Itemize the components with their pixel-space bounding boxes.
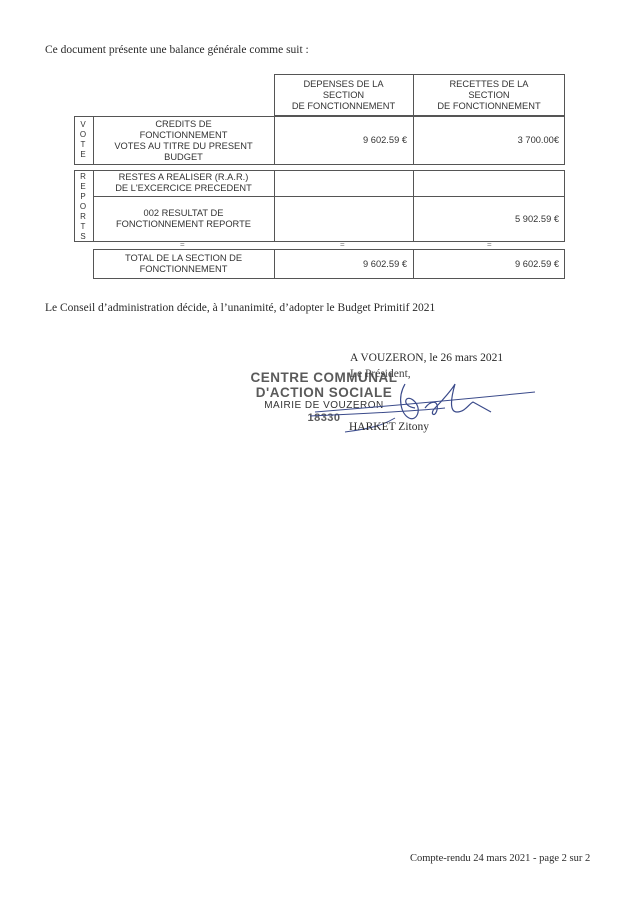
equals-sign: = <box>180 240 185 249</box>
header-recettes: RECETTES DE LA SECTION DE FONCTIONNEMENT <box>413 74 565 116</box>
header-depenses: DEPENSES DE LA SECTION DE FONCTIONNEMENT <box>274 74 413 116</box>
row-002-depenses <box>274 196 413 242</box>
row-rar-depenses <box>274 170 413 196</box>
total-depenses: 9 602.59 € <box>274 249 413 279</box>
reports-side-label: R E P O R T S <box>78 172 88 242</box>
place-date: A VOUZERON, le 26 mars 2021 <box>350 352 503 364</box>
page-footer: Compte-rendu 24 mars 2021 - page 2 sur 2 <box>410 853 590 864</box>
equals-sign: = <box>487 240 492 249</box>
row-credits-depenses: 9 602.59 € <box>274 116 413 165</box>
row-rar-recettes <box>413 170 565 196</box>
equals-sign: = <box>340 240 345 249</box>
total-recettes: 9 602.59 € <box>413 249 565 279</box>
row-credits-label: CREDITS DE FONCTIONNEMENT VOTES AU TITRE… <box>93 116 274 165</box>
decision-text: Le Conseil d’administration décide, à l’… <box>45 302 435 314</box>
row-002-recettes: 5 902.59 € <box>413 196 565 242</box>
total-label: TOTAL DE LA SECTION DE FONCTIONNEMENT <box>93 249 274 279</box>
intro-text: Ce document présente une balance général… <box>45 44 309 56</box>
row-credits-recettes: 3 700.00€ <box>413 116 565 165</box>
vote-side-label: V O T E <box>78 120 88 160</box>
row-002-label: 002 RESULTAT DE FONCTIONNEMENT REPORTE <box>93 196 274 242</box>
signatory-name: HARKET Zitony <box>349 421 429 433</box>
row-rar-label: RESTES A REALISER (R.A.R.) DE L'EXCERCIC… <box>93 170 274 196</box>
